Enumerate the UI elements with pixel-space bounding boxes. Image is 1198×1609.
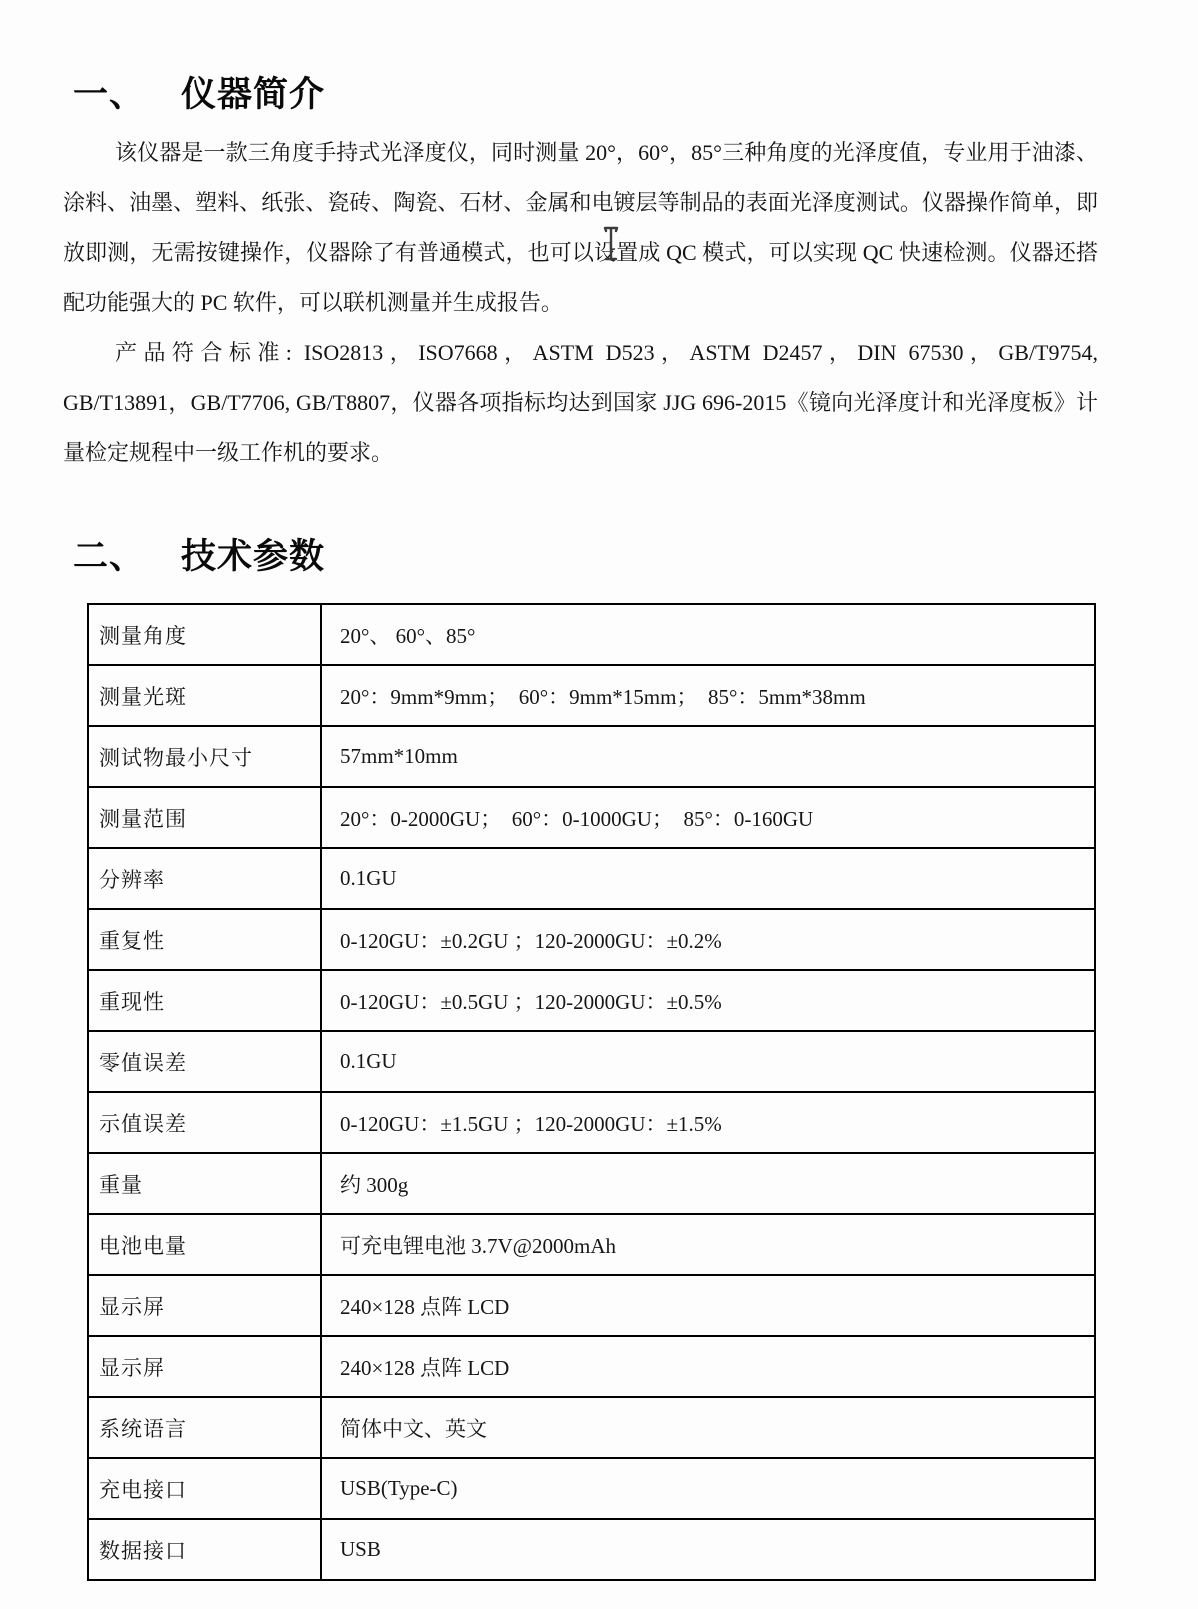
spec-label-cell: 显示屏: [88, 1336, 321, 1397]
spec-label-cell: 重现性: [88, 970, 321, 1031]
spec-label-cell: 测量范围: [88, 787, 321, 848]
intro-paragraph-1: 该仪器是一款三角度手持式光泽度仪，同时测量 20°，60°，85°三种角度的光泽…: [63, 128, 1098, 328]
spec-label-cell: 电池电量: [88, 1214, 321, 1275]
spec-label-cell: 零值误差: [88, 1031, 321, 1092]
table-row: 系统语言 简体中文、英文: [88, 1397, 1095, 1458]
table-row: 重复性 0-120GU：±0.2GU ；120-2000GU：±0.2%: [88, 909, 1095, 970]
table-row: 测量光斑 20°：9mm*9mm； 60°：9mm*15mm； 85°：5mm*…: [88, 665, 1095, 726]
spec-value-cell: USB: [321, 1519, 1095, 1580]
section-1-number: 一、: [73, 67, 145, 117]
table-row: 电池电量 可充电锂电池 3.7V@2000mAh: [88, 1214, 1095, 1275]
table-row: 显示屏 240×128 点阵 LCD: [88, 1336, 1095, 1397]
table-row: 测量范围 20°：0-2000GU； 60°：0-1000GU； 85°：0-1…: [88, 787, 1095, 848]
table-row: 示值误差 0-120GU：±1.5GU ；120-2000GU：±1.5%: [88, 1092, 1095, 1153]
table-row: 测量角度 20°、 60°、85°: [88, 604, 1095, 665]
spec-value-cell: 0.1GU: [321, 848, 1095, 909]
spec-label-cell: 示值误差: [88, 1092, 321, 1153]
table-row: 重量 约 300g: [88, 1153, 1095, 1214]
table-row: 重现性 0-120GU：±0.5GU ；120-2000GU：±0.5%: [88, 970, 1095, 1031]
spec-value-cell: 240×128 点阵 LCD: [321, 1275, 1095, 1336]
spec-value-cell: 57mm*10mm: [321, 726, 1095, 787]
spec-value-cell: 20°：0-2000GU； 60°：0-1000GU； 85°：0-160GU: [321, 787, 1095, 848]
spec-label-cell: 充电接口: [88, 1458, 321, 1519]
spec-label-cell: 测量角度: [88, 604, 321, 665]
table-row: 分辨率 0.1GU: [88, 848, 1095, 909]
section-2-heading: 二、技术参数: [73, 529, 325, 579]
section-2-title: 技术参数: [181, 537, 325, 576]
spec-value-cell: 0.1GU: [321, 1031, 1095, 1092]
spec-label-cell: 显示屏: [88, 1275, 321, 1336]
section-1-heading: 一、仪器简介: [73, 67, 325, 117]
spec-value-cell: 20°：9mm*9mm； 60°：9mm*15mm； 85°：5mm*38mm: [321, 665, 1095, 726]
table-row: 充电接口 USB(Type-C): [88, 1458, 1095, 1519]
table-row: 数据接口 USB: [88, 1519, 1095, 1580]
spec-value-cell: 0-120GU：±0.5GU ；120-2000GU：±0.5%: [321, 970, 1095, 1031]
spec-label-cell: 测试物最小尺寸: [88, 726, 321, 787]
spec-value-cell: 约 300g: [321, 1153, 1095, 1214]
spec-value-cell: 20°、 60°、85°: [321, 604, 1095, 665]
section-1-title: 仪器简介: [181, 75, 325, 114]
spec-label-cell: 数据接口: [88, 1519, 321, 1580]
document-page: 一、仪器简介 该仪器是一款三角度手持式光泽度仪，同时测量 20°，60°，85°…: [0, 0, 1198, 1609]
spec-label-cell: 重量: [88, 1153, 321, 1214]
table-row: 显示屏 240×128 点阵 LCD: [88, 1275, 1095, 1336]
spec-label-cell: 系统语言: [88, 1397, 321, 1458]
spec-value-cell: 0-120GU：±0.2GU ；120-2000GU：±0.2%: [321, 909, 1095, 970]
spec-value-cell: 240×128 点阵 LCD: [321, 1336, 1095, 1397]
spec-value-cell: USB(Type-C): [321, 1458, 1095, 1519]
spec-value-cell: 可充电锂电池 3.7V@2000mAh: [321, 1214, 1095, 1275]
spec-value-cell: 简体中文、英文: [321, 1397, 1095, 1458]
intro-text-block: 该仪器是一款三角度手持式光泽度仪，同时测量 20°，60°，85°三种角度的光泽…: [63, 128, 1098, 478]
spec-value-cell: 0-120GU：±1.5GU ；120-2000GU：±1.5%: [321, 1092, 1095, 1153]
table-row: 测试物最小尺寸 57mm*10mm: [88, 726, 1095, 787]
intro-paragraph-2: 产品符合标准: ISO2813，ISO7668，ASTM D523，ASTM D…: [63, 328, 1098, 478]
spec-label-cell: 分辨率: [88, 848, 321, 909]
spec-label-cell: 测量光斑: [88, 665, 321, 726]
spec-table: 测量角度 20°、 60°、85° 测量光斑 20°：9mm*9mm； 60°：…: [87, 603, 1096, 1581]
spec-label-cell: 重复性: [88, 909, 321, 970]
section-2-number: 二、: [73, 529, 145, 579]
table-row: 零值误差 0.1GU: [88, 1031, 1095, 1092]
